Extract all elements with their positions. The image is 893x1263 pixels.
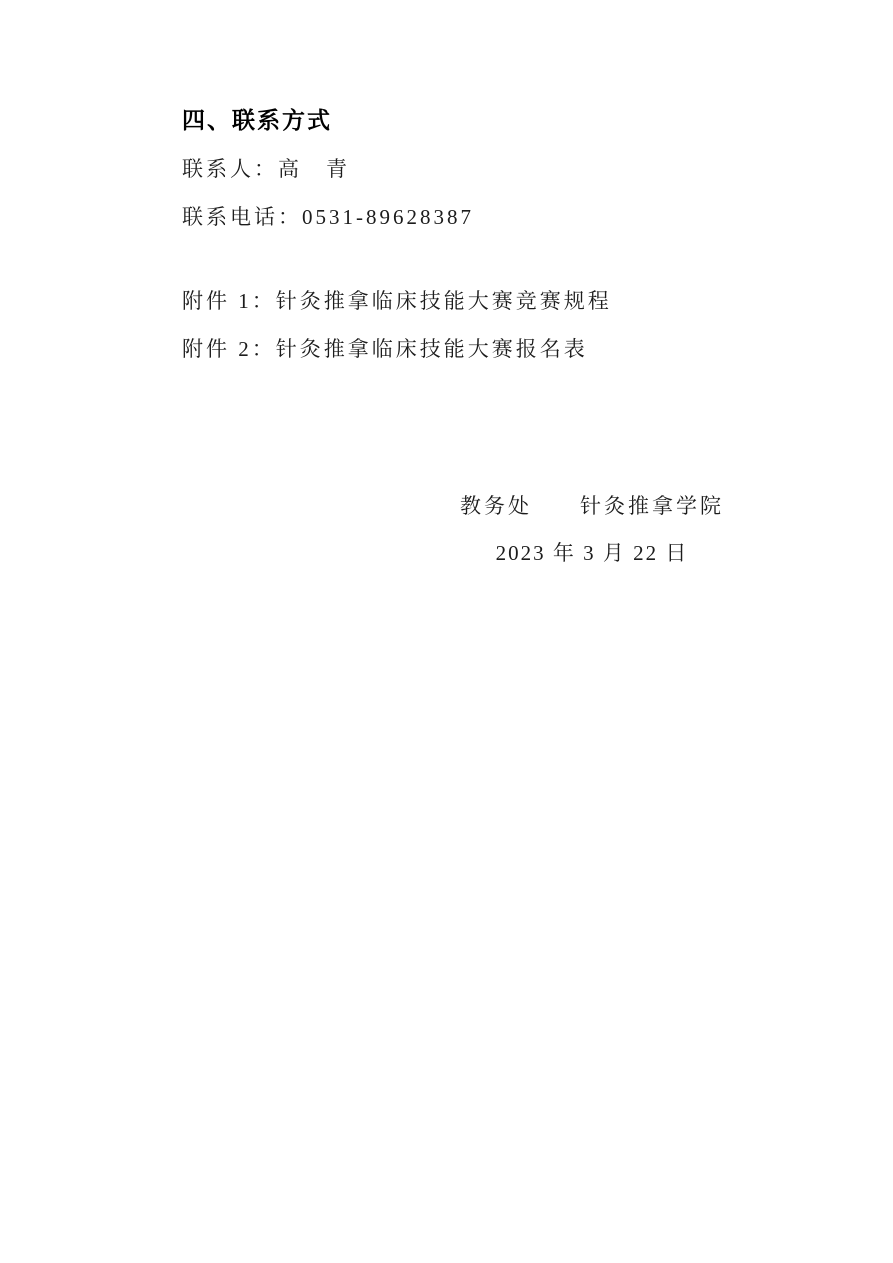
section-heading-contact: 四、联系方式	[182, 108, 833, 132]
signature-organizations: 教务处 针灸推拿学院	[292, 495, 892, 517]
attachment-1-line: 附件 1：针灸推拿临床技能大赛竞赛规程	[182, 290, 833, 312]
document-content: 四、联系方式 联系人：高 青 联系电话：0531-89628387 附件 1：针…	[182, 108, 833, 564]
attachment-2-line: 附件 2：针灸推拿临床技能大赛报名表	[182, 338, 833, 360]
signature-block: 教务处 针灸推拿学院 2023 年 3 月 22 日	[292, 495, 892, 564]
contact-person-line: 联系人：高 青	[182, 158, 833, 180]
document-page: 四、联系方式 联系人：高 青 联系电话：0531-89628387 附件 1：针…	[0, 0, 893, 1263]
signature-date: 2023 年 3 月 22 日	[292, 542, 892, 564]
contact-phone-line: 联系电话：0531-89628387	[182, 206, 833, 228]
